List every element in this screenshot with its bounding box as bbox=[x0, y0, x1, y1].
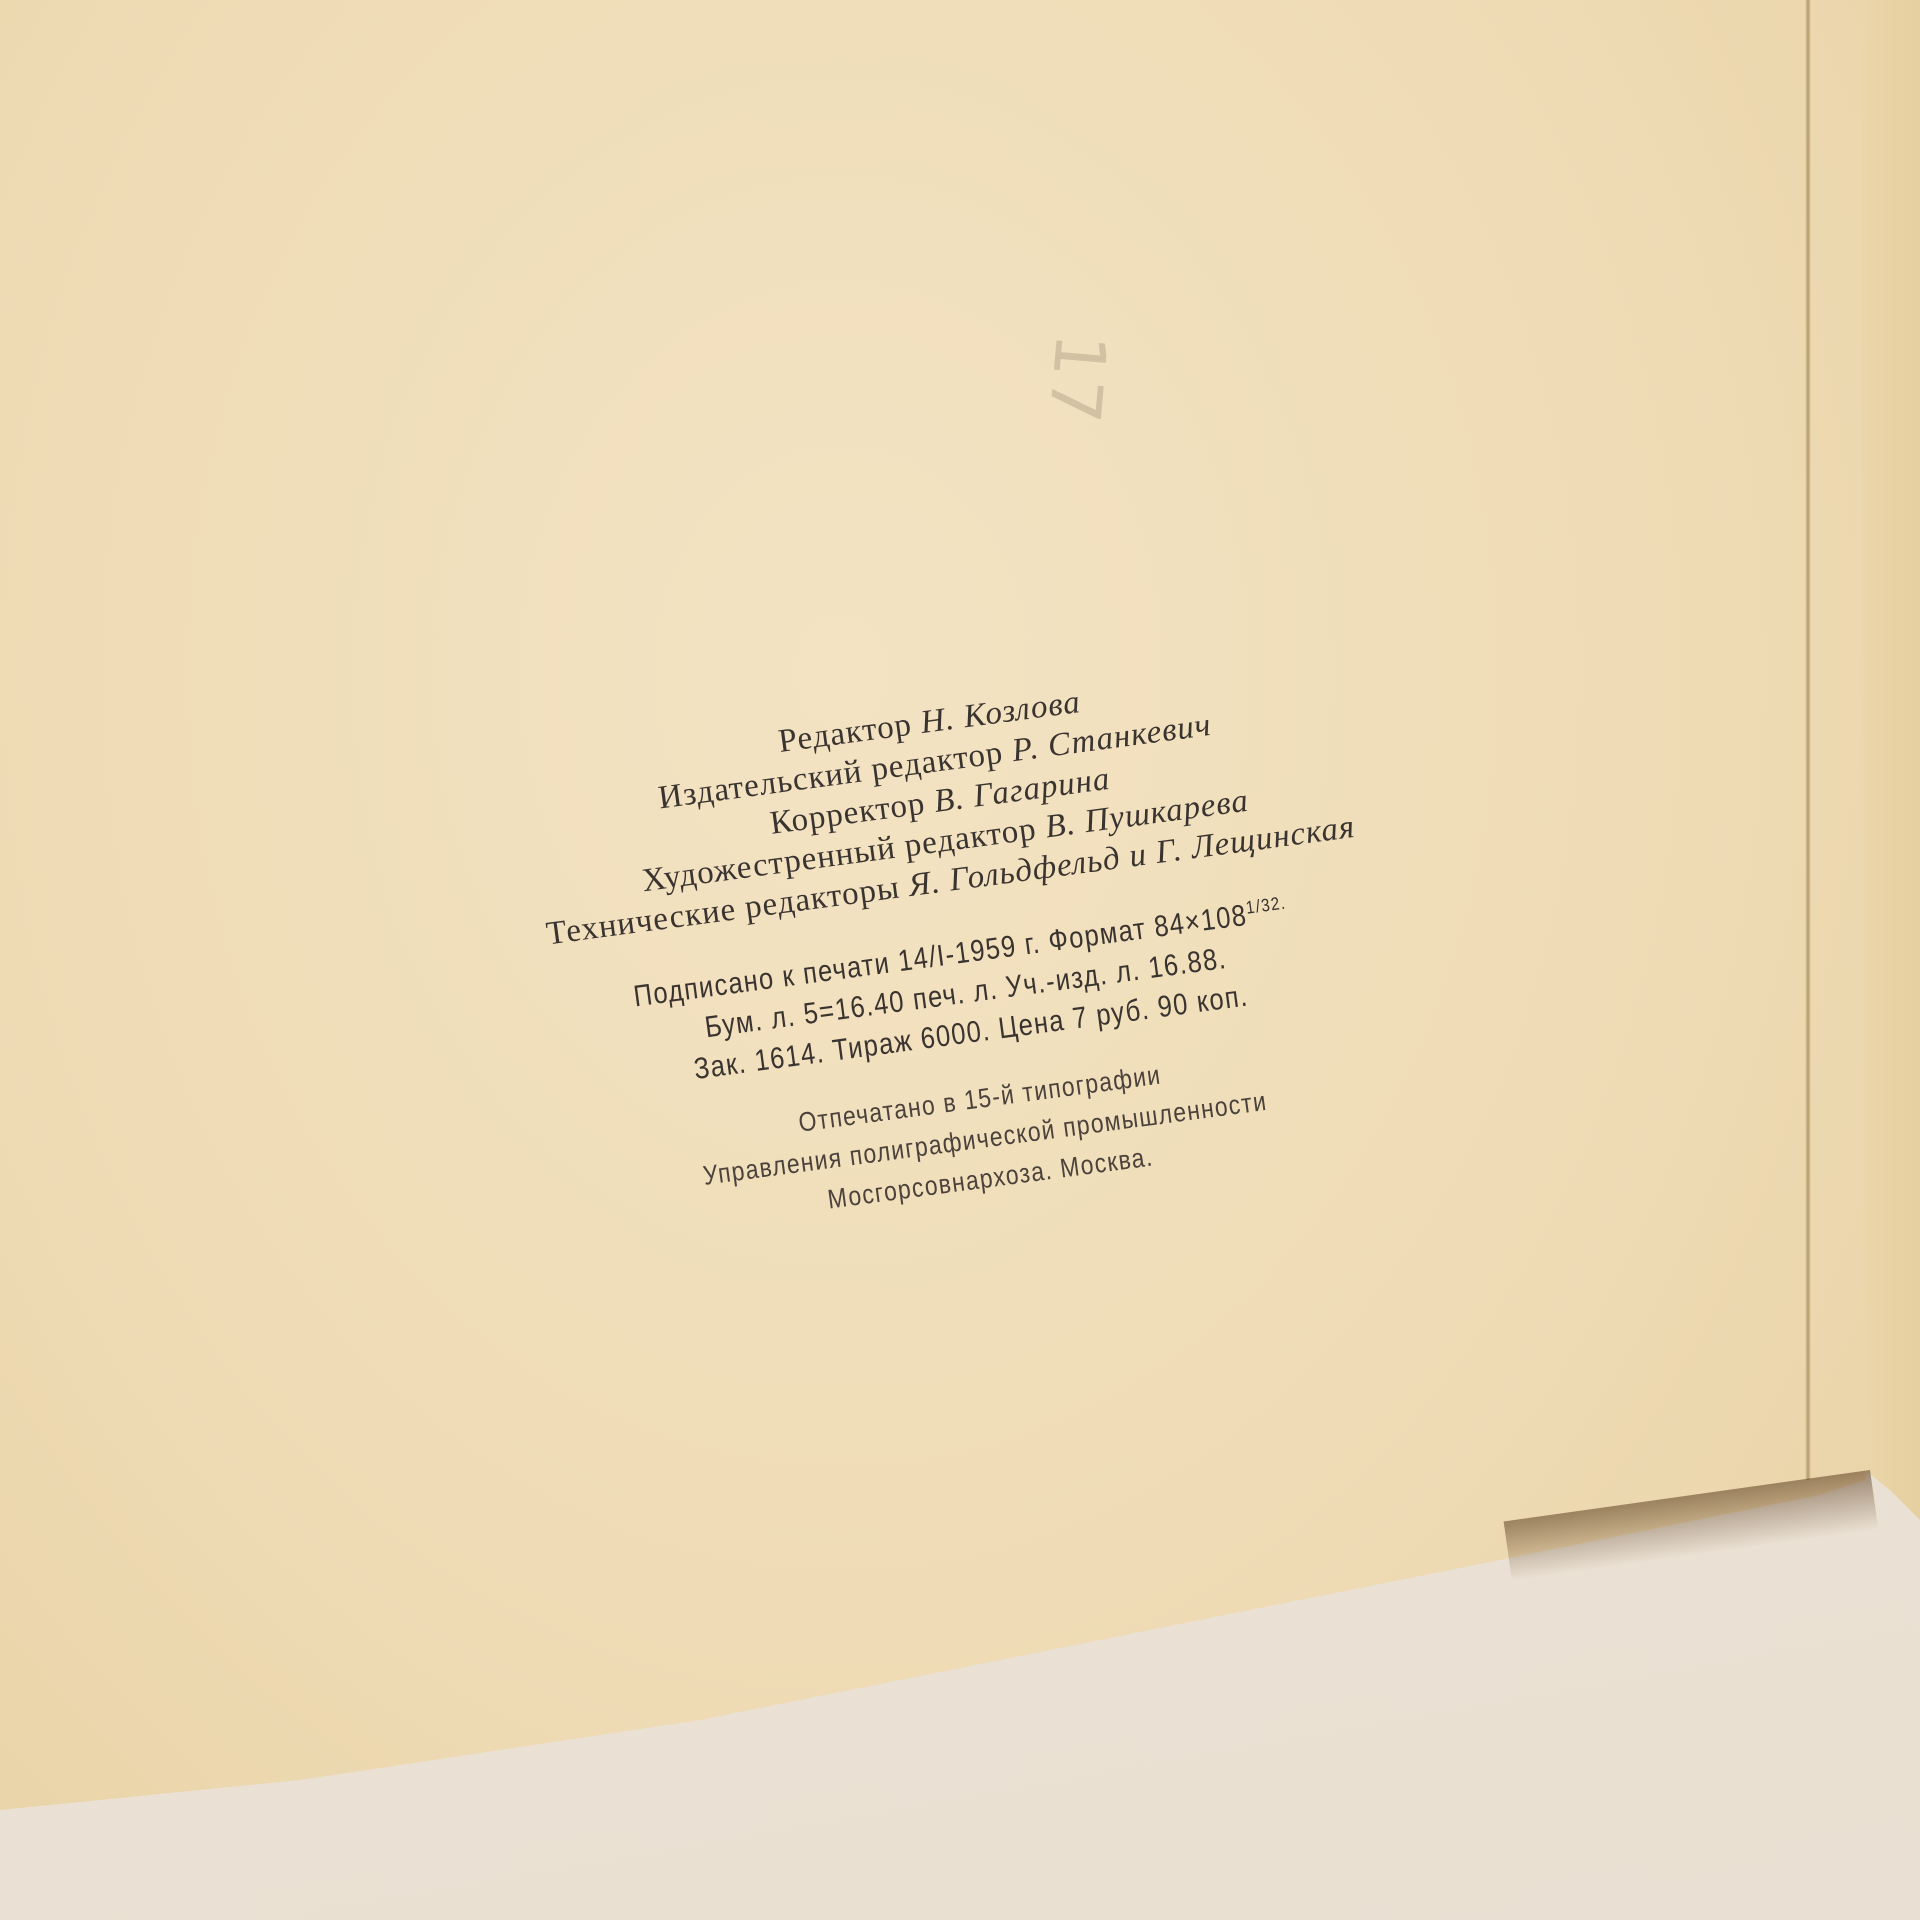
page-gutter bbox=[1805, 0, 1811, 1480]
photo-scene: 17 Редактор Н. Козлова Издательский реда… bbox=[0, 0, 1920, 1920]
pencil-mark: 17 bbox=[1018, 329, 1122, 388]
